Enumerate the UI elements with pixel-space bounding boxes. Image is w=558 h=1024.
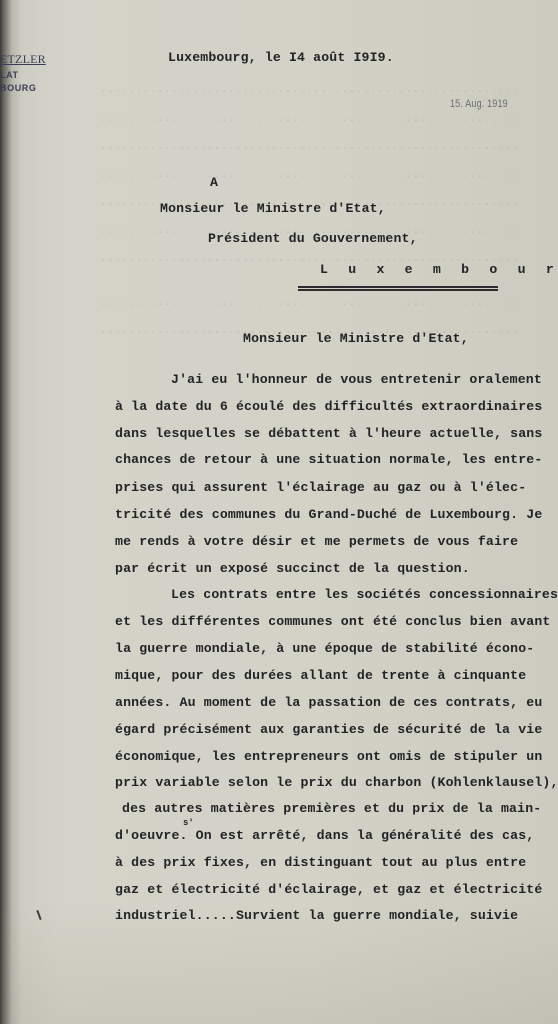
body-line: dans lesquelles se débattent à l'heure a… [115, 426, 542, 441]
body-line: et les différentes communes ont été conc… [115, 614, 550, 629]
body-line: années. Au moment de la passation de ces… [115, 695, 542, 710]
received-date-stamp: 15. Aug. 1919 [450, 98, 508, 110]
body-line: prises qui assurent l'éclairage au gaz o… [115, 480, 526, 495]
body-line: par écrit un exposé succinct de la quest… [115, 561, 470, 576]
body-line: Les contrats entre les sociétés concessi… [171, 587, 558, 602]
body-line: économique, les entrepreneurs ont omis d… [115, 749, 542, 764]
addressee-prefix: A [210, 175, 218, 190]
bleed-through-text: ........................................… [100, 112, 519, 125]
body-line: à la date du 6 écoulé des difficultés ex… [115, 399, 542, 414]
body-line: la guerre mondiale, à une époque de stab… [115, 641, 534, 656]
bleed-through-text: ........................................… [100, 168, 519, 181]
addressee-line-1: Monsieur le Ministre d'Etat, [160, 201, 386, 216]
bleed-through-text: ........................................… [100, 83, 519, 96]
body-line: J'ai eu l'honneur de vous entretenir ora… [171, 372, 542, 387]
body-line: d'oeuvre. On est arrêté, dans la général… [115, 828, 534, 843]
body-line: industriel.....Survient la guerre mondia… [115, 908, 518, 923]
bleed-through-text: ........................................… [100, 296, 519, 309]
letterhead-name: ETZLER [0, 52, 46, 67]
scanned-letter-page: ........................................… [0, 0, 558, 1024]
letterhead-line-3: BOURG [0, 83, 46, 93]
body-line: gaz et électricité d'éclairage, et gaz e… [115, 882, 542, 897]
body-line: prix variable selon le prix du charbon (… [115, 775, 558, 790]
bleed-through-text: ........................................… [100, 140, 519, 153]
body-line: mique, pour des durées allant de trente … [115, 668, 526, 683]
body-line: égard précisément aux garanties de sécur… [115, 722, 542, 737]
date-line: Luxembourg, le I4 août I9I9. [168, 50, 394, 65]
body-line: des autres matières premières et du prix… [122, 801, 541, 816]
city-double-underline [298, 286, 498, 291]
body-line: à des prix fixes, en distinguant tout au… [115, 855, 526, 870]
letterhead: ETZLER LAT BOURG [0, 52, 46, 93]
addressee-line-2: Président du Gouvernement, [208, 231, 418, 246]
letterhead-line-2: LAT [0, 70, 46, 80]
handwritten-insertion: s' [183, 818, 194, 828]
salutation: Monsieur le Ministre d'Etat, [243, 331, 469, 346]
ink-mark [36, 910, 41, 920]
body-line: me rends à votre désir et me permets de … [115, 534, 518, 549]
addressee-city: L u x e m b o u r g. [320, 262, 558, 277]
body-line: tricité des communes du Grand-Duché de L… [115, 507, 542, 522]
body-line: chances de retour à une situation normal… [115, 452, 542, 467]
